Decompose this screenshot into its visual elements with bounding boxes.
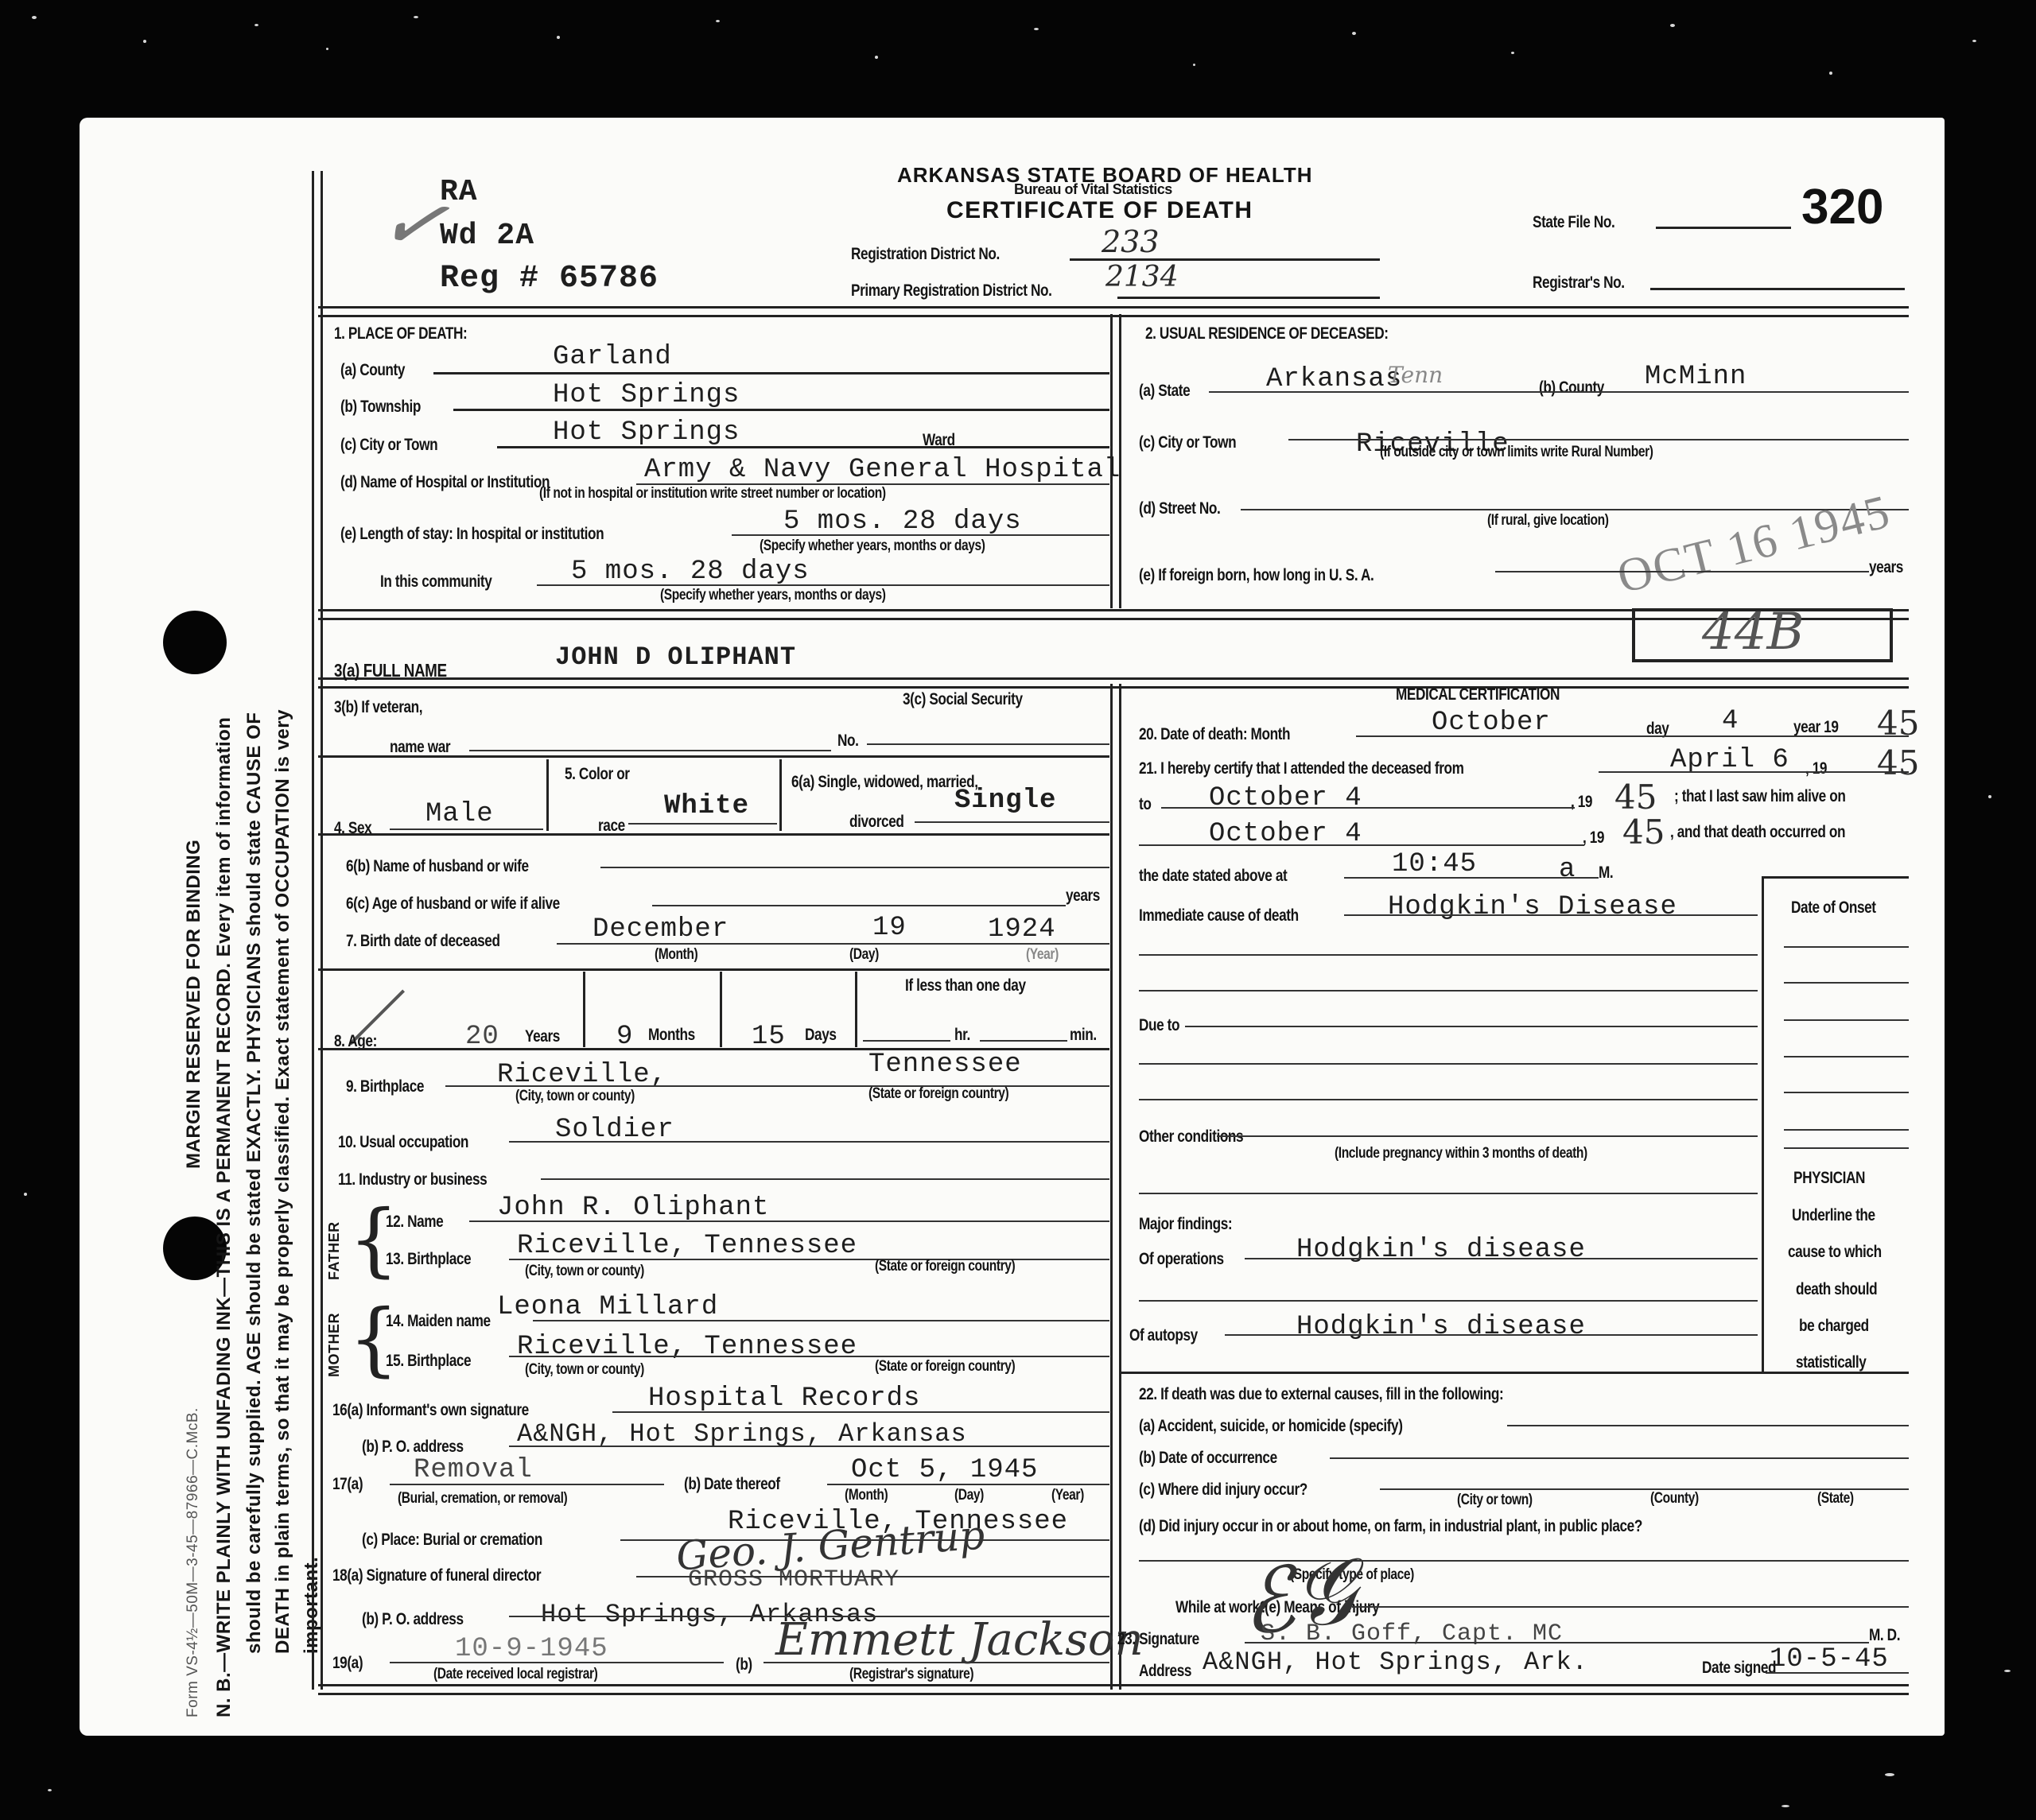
disposition-label: 17(a) xyxy=(332,1475,363,1494)
stay-community-hint: (Specify whether years, months or days) xyxy=(660,587,886,604)
city-value[interactable]: Hot Springs xyxy=(553,417,740,448)
physician-note-3: cause to which xyxy=(1788,1243,1882,1262)
onset-line-7 xyxy=(1784,1147,1909,1149)
township-underline xyxy=(453,409,1109,411)
birth-month-hint: (Month) xyxy=(655,946,697,964)
ss-label: 3(c) Social Security xyxy=(903,690,1023,709)
informant-address-underline xyxy=(509,1446,1109,1447)
mother-name-underline xyxy=(533,1320,1109,1321)
stay-hospital-hint: (Specify whether years, months or days) xyxy=(760,537,985,555)
informant-signature-value[interactable]: Hospital Records xyxy=(648,1383,920,1414)
operations-underline xyxy=(1245,1258,1758,1259)
mother-city-hint: (City, town or county) xyxy=(525,1361,644,1379)
res-county-value[interactable]: McMinn xyxy=(1645,362,1747,392)
last-seen-year-prefix: , 19 xyxy=(1583,829,1604,848)
reg-district-label: Registration District No. xyxy=(851,245,1000,264)
race-label-1: 5. Color or xyxy=(565,765,630,784)
mother-birthplace-underline xyxy=(509,1356,1109,1357)
father-city-hint: (City, town or county) xyxy=(525,1263,644,1280)
state-file-underline xyxy=(1656,227,1791,229)
spouse-age-underline xyxy=(652,905,1066,906)
veteran-bottom-rule xyxy=(318,755,1109,758)
birthplace-state-hint: (State or foreign country) xyxy=(868,1085,1008,1103)
father-birthplace-label: 13. Birthplace xyxy=(386,1250,471,1269)
birth-year-hint: (Year) xyxy=(1026,946,1059,964)
father-name-value[interactable]: John R. Oliphant xyxy=(497,1193,769,1223)
physician-note-5: be charged xyxy=(1799,1317,1869,1336)
time-value[interactable]: 10:45 xyxy=(1392,849,1477,879)
attended-label: 21. I hereby certify that I attended the… xyxy=(1139,759,1464,778)
res-state-label: (a) State xyxy=(1139,382,1190,401)
res-street-hint: (If rural, give location) xyxy=(1487,512,1609,530)
onset-line-4 xyxy=(1784,1056,1909,1057)
certifier-signature-underline xyxy=(1245,1642,1869,1643)
attended-to-value[interactable]: October 4 xyxy=(1209,783,1362,813)
funeral-director-value[interactable]: GROSS MORTUARY xyxy=(688,1566,899,1593)
mother-tag: MOTHER xyxy=(326,1313,343,1377)
mother-brace: { xyxy=(348,1292,399,1385)
birthplace-label: 9. Birthplace xyxy=(346,1077,424,1096)
hospital-hint: (If not in hospital or institution write… xyxy=(539,485,886,503)
disposition-type-hint: (Burial, cremation, or removal) xyxy=(398,1490,567,1508)
margin-instruction-line-2: should be carefully supplied. AGE should… xyxy=(243,712,266,1654)
margin-instruction-line-3: DEATH in plain terms, so that it may be … xyxy=(272,709,294,1654)
bureau-name: Bureau of Vital Statistics xyxy=(1014,181,1172,198)
township-label: (b) Township xyxy=(340,398,421,417)
sex-race-divider xyxy=(546,759,549,831)
birthplace-city-hint: (City, town or county) xyxy=(515,1088,635,1105)
place-of-death-heading: 1. PLACE OF DEATH: xyxy=(334,324,467,343)
autopsy-value[interactable]: Hodgkin's disease xyxy=(1296,1312,1586,1342)
state-file-value[interactable]: 320 xyxy=(1801,179,1883,235)
stay-community-label: In this community xyxy=(380,572,492,592)
full-name-value[interactable]: JOHN D OLIPHANT xyxy=(555,642,796,672)
attended-from-underline xyxy=(1599,771,1909,773)
director-address-label: (b) P. O. address xyxy=(362,1610,464,1629)
death-month-value[interactable]: October xyxy=(1432,708,1551,738)
disposition-day-hint: (Day) xyxy=(954,1487,984,1504)
due-to-line-2 xyxy=(1139,1063,1758,1065)
marital-underline xyxy=(915,821,1109,823)
time-label: the date stated above at xyxy=(1139,867,1287,886)
physician-note-4: death should xyxy=(1796,1280,1877,1299)
res-city-label: (c) City or Town xyxy=(1139,433,1236,452)
res-county-label: (b) County xyxy=(1539,378,1604,398)
county-underline xyxy=(433,372,1109,374)
stay-community-value[interactable]: 5 mos. 28 days xyxy=(571,557,810,587)
external-c-label: (c) Where did injury occur? xyxy=(1139,1480,1307,1500)
time-underline xyxy=(1344,877,1599,879)
attended-from-year-prefix: , 19 xyxy=(1805,759,1827,778)
min-label: min. xyxy=(1070,1026,1097,1045)
father-brace: { xyxy=(348,1193,399,1286)
due-to-underline xyxy=(1185,1026,1758,1027)
registrar-label: (b) xyxy=(736,1655,752,1674)
res-state-underline xyxy=(1209,391,1909,393)
received-underline xyxy=(390,1662,724,1663)
father-birthplace-value[interactable]: Riceville, Tennessee xyxy=(517,1231,857,1261)
other-conditions-line-2 xyxy=(1139,1193,1758,1194)
marital-label-2: divorced xyxy=(849,813,903,832)
stay-community-underline xyxy=(537,584,1109,586)
industry-underline xyxy=(541,1178,1109,1180)
stay-hospital-value[interactable]: 5 mos. 28 days xyxy=(783,506,1022,537)
death-date-label: 20. Date of death: Month xyxy=(1139,725,1290,744)
physician-note-6: statistically xyxy=(1796,1353,1866,1372)
disposition-date-label: (b) Date thereof xyxy=(684,1475,780,1494)
operations-value[interactable]: Hodgkin's disease xyxy=(1296,1235,1586,1265)
age-months-label: Months xyxy=(648,1026,695,1045)
birth-day-hint: (Day) xyxy=(849,946,879,964)
veteran-label: 3(b) If veteran, xyxy=(334,698,422,717)
county-label: (a) County xyxy=(340,361,405,380)
certifier-address-label: Address xyxy=(1139,1662,1191,1681)
m-label: M. xyxy=(1599,863,1613,883)
city-underline xyxy=(497,446,1109,448)
father-state-hint: (State or foreign country) xyxy=(875,1258,1015,1275)
spouse-age-label: 6(c) Age of husband or wife if alive xyxy=(346,894,560,914)
onset-line-2 xyxy=(1784,982,1909,984)
disposition-year-hint: (Year) xyxy=(1051,1487,1084,1504)
date-signed-value[interactable]: 10-5-45 xyxy=(1770,1644,1889,1674)
external-c-city: (City or town) xyxy=(1457,1492,1533,1509)
war-underline xyxy=(469,750,831,751)
state-file-label: State File No. xyxy=(1533,213,1614,232)
major-findings-label: Major findings: xyxy=(1139,1215,1232,1234)
hr-underline xyxy=(863,1040,950,1042)
ampm-value[interactable]: a xyxy=(1559,855,1576,885)
external-c-state: (State) xyxy=(1817,1490,1854,1508)
birth-day-value[interactable]: 19 xyxy=(872,913,907,943)
registrar-hint: (Registrar's signature) xyxy=(849,1666,973,1683)
other-conditions-hint: (Include pregnancy within 3 months of de… xyxy=(1335,1145,1587,1162)
autopsy-label: Of autopsy xyxy=(1129,1326,1198,1345)
birth-year-value[interactable]: 1924 xyxy=(988,914,1056,945)
funeral-director-underline xyxy=(636,1576,1109,1577)
county-value[interactable]: Garland xyxy=(553,342,672,372)
res-state-correction[interactable]: Tenn xyxy=(1388,362,1443,388)
primary-district-underline xyxy=(1117,297,1380,299)
registrar-signature[interactable]: Emmett Jackson xyxy=(775,1614,1144,1666)
annotation-reg-number: Reg # 65786 xyxy=(440,261,659,297)
means-underline xyxy=(1352,1606,1909,1608)
father-birthplace-underline xyxy=(509,1259,1109,1260)
physician-note-2: Underline the xyxy=(1792,1206,1875,1225)
informant-signature-label: 16(a) Informant's own signature xyxy=(332,1401,529,1420)
mother-state-hint: (State or foreign country) xyxy=(875,1358,1015,1376)
physician-note-1: PHYSICIAN xyxy=(1793,1169,1865,1188)
ss-no-underline xyxy=(867,743,1109,745)
cause-line-2 xyxy=(1139,954,1758,956)
due-to-line-3 xyxy=(1139,1099,1758,1100)
certifier-signature-label: 23. Signature xyxy=(1117,1630,1199,1649)
attended-to-year-value[interactable]: 45 xyxy=(1614,778,1657,817)
birth-underline xyxy=(557,943,1109,945)
death-year-label: year 19 xyxy=(1793,718,1839,737)
primary-district-value[interactable]: 2134 xyxy=(1105,261,1179,293)
mother-birthplace-value[interactable]: Riceville, Tennessee xyxy=(517,1332,857,1362)
received-hint: (Date received local registrar) xyxy=(433,1666,597,1683)
disposition-month-hint: (Month) xyxy=(845,1487,888,1504)
mother-birthplace-label: 15. Birthplace xyxy=(386,1352,471,1371)
race-underline xyxy=(628,823,777,825)
sex-row-bottom-rule xyxy=(318,833,1109,836)
annotation-ward: Wd 2A xyxy=(440,219,534,253)
operations-label: Of operations xyxy=(1139,1250,1224,1269)
father-tag: FATHER xyxy=(326,1221,343,1280)
disposition-date-underline xyxy=(827,1484,1109,1485)
birth-row-bottom-rule xyxy=(318,968,1109,971)
residence-heading: 2. USUAL RESIDENCE OF DECEASED: xyxy=(1145,324,1389,343)
column-divider-bottom xyxy=(1110,684,1121,1690)
race-value[interactable]: White xyxy=(664,791,749,821)
reg-district-value[interactable]: 233 xyxy=(1102,224,1160,259)
certifier-address-value[interactable]: A&NGH, Hot Springs, Ark. xyxy=(1203,1647,1588,1677)
occupation-underline xyxy=(509,1141,1109,1143)
disposition-date-value[interactable]: Oct 5, 1945 xyxy=(851,1455,1038,1485)
medical-bottom-rule xyxy=(1121,1372,1909,1374)
res-state-value[interactable]: Arkansas xyxy=(1266,364,1402,394)
received-label: 19(a) xyxy=(332,1654,363,1673)
form-id: Form VS-4½—50M—3-45—87966—C.McB. xyxy=(185,1407,202,1717)
other-conditions-label: Other conditions xyxy=(1139,1127,1243,1147)
res-street-label: (d) Street No. xyxy=(1139,499,1220,518)
cause-underline xyxy=(1344,914,1758,916)
other-conditions-underline xyxy=(1217,1135,1758,1137)
res-city-underline xyxy=(1288,439,1909,440)
death-day-value[interactable]: 4 xyxy=(1722,706,1739,736)
stay-hospital-label: (e) Length of stay: In hospital or insti… xyxy=(340,525,604,544)
occupation-label: 10. Usual occupation xyxy=(338,1133,468,1152)
external-d-label: (d) Did injury occur in or about home, o… xyxy=(1139,1517,1642,1536)
cause-line-3 xyxy=(1139,990,1758,991)
mother-name-label: 14. Maiden name xyxy=(386,1312,491,1331)
hr-label: hr. xyxy=(954,1026,970,1045)
stay-hospital-underline xyxy=(732,534,1109,536)
onset-line-1 xyxy=(1784,946,1909,948)
md-label: M. D. xyxy=(1869,1626,1900,1645)
birth-month-value[interactable]: December xyxy=(593,914,729,945)
res-foreign-underline xyxy=(1495,571,1869,572)
last-seen-year-value[interactable]: 45 xyxy=(1622,813,1665,852)
form-bottom-rule xyxy=(318,1684,1909,1695)
spouse-age-unit: years xyxy=(1066,887,1100,906)
external-a-underline xyxy=(1507,1425,1909,1426)
min-underline xyxy=(980,1040,1067,1042)
sex-underline xyxy=(390,829,543,830)
registrars-no-underline xyxy=(1650,288,1905,290)
informant-underline xyxy=(612,1411,1109,1413)
war-label: name war xyxy=(390,738,450,757)
mother-name-value[interactable]: Leona Millard xyxy=(497,1292,718,1322)
external-c-county: (County) xyxy=(1650,1490,1699,1508)
informant-address-label: (b) P. O. address xyxy=(362,1438,464,1457)
operations-line-2 xyxy=(1139,1300,1758,1302)
margin-reserved-label: MARGIN RESERVED FOR BINDING xyxy=(183,840,205,1169)
due-to-label: Due to xyxy=(1139,1016,1179,1035)
external-heading: 22. If death was due to external causes,… xyxy=(1139,1385,1503,1404)
death-date-underline xyxy=(1356,735,1909,737)
last-seen-underline xyxy=(1139,844,1584,846)
onset-top-rule xyxy=(1764,876,1909,879)
primary-district-label: Primary Registration District No. xyxy=(851,281,1051,301)
marital-label-1: 6(a) Single, widowed, married, xyxy=(791,773,978,792)
birthplace-underline xyxy=(445,1085,1109,1087)
occurred-label: , and that death occurred on xyxy=(1670,823,1845,842)
birth-date-label: 7. Birth date of deceased xyxy=(346,932,500,951)
hospital-label: (d) Name of Hospital or Institution xyxy=(340,473,550,492)
hospital-value[interactable]: Army & Navy General Hospital xyxy=(644,455,1121,485)
funeral-director-label: 18(a) Signature of funeral director xyxy=(332,1566,541,1585)
age-months-divider xyxy=(720,972,722,1047)
onset-column-divider xyxy=(1762,876,1764,1373)
industry-label: 11. Industry or business xyxy=(338,1170,487,1189)
marital-value[interactable]: Single xyxy=(954,786,1056,816)
attended-from-year-value[interactable]: 45 xyxy=(1877,743,1919,782)
registrars-no-label: Registrar's No. xyxy=(1533,274,1625,293)
age-years-divider xyxy=(583,972,585,1047)
father-name-underline xyxy=(469,1220,1109,1222)
res-city-hint: (If outside city or town limits write Ru… xyxy=(1380,444,1653,461)
binding-hole-top xyxy=(163,611,227,674)
res-foreign-label: (e) If foreign born, how long in U. S. A… xyxy=(1139,566,1374,585)
attended-to-underline xyxy=(1161,807,1575,809)
disposition-type-value[interactable]: Removal xyxy=(414,1455,533,1485)
form-left-border xyxy=(312,171,323,1690)
received-value[interactable]: 10-9-1945 xyxy=(455,1634,608,1664)
external-b-underline xyxy=(1330,1457,1909,1459)
autopsy-underline xyxy=(1225,1334,1758,1336)
attended-to-label: to xyxy=(1139,795,1151,814)
age-days-label: Days xyxy=(805,1026,837,1045)
disposition-type-underline xyxy=(390,1484,664,1485)
sex-value[interactable]: Male xyxy=(425,799,494,829)
city-label: (c) City or Town xyxy=(340,436,437,455)
medical-heading: MEDICAL CERTIFICATION xyxy=(1396,685,1560,704)
township-value[interactable]: Hot Springs xyxy=(553,380,740,410)
annotation-ra: RA xyxy=(440,175,478,209)
spouse-underline xyxy=(600,867,1109,868)
last-seen-label: ; that I last saw him alive on xyxy=(1674,787,1845,806)
age-years-label: Years xyxy=(525,1027,560,1046)
cause-label: Immediate cause of death xyxy=(1139,906,1299,926)
date-signed-underline xyxy=(1766,1672,1909,1674)
external-a-label: (a) Accident, suicide, or homicide (spec… xyxy=(1139,1417,1403,1436)
attended-to-year-prefix: , 19 xyxy=(1571,793,1592,812)
full-name-label: 3(a) FULL NAME xyxy=(334,660,447,681)
classification-code[interactable]: 44B xyxy=(1702,603,1804,662)
onset-line-5 xyxy=(1784,1092,1909,1093)
cause-value[interactable]: Hodgkin's Disease xyxy=(1388,892,1677,922)
spouse-label: 6(b) Name of husband or wife xyxy=(346,857,529,876)
race-marital-divider xyxy=(779,759,782,831)
certificate-title: CERTIFICATE OF DEATH xyxy=(946,197,1253,224)
burial-place-label: (c) Place: Burial or cremation xyxy=(362,1531,542,1550)
external-b-label: (b) Date of occurrence xyxy=(1139,1449,1277,1468)
less-than-day-label: If less than one day xyxy=(905,976,1026,995)
res-foreign-unit: years xyxy=(1869,558,1903,577)
informant-address-value[interactable]: A&NGH, Hot Springs, Arkansas xyxy=(517,1419,967,1449)
father-name-label: 12. Name xyxy=(386,1213,443,1232)
age-days-divider xyxy=(855,972,857,1047)
registrar-underline xyxy=(763,1662,1109,1663)
date-signed-label: Date signed xyxy=(1702,1659,1776,1678)
ss-no-label: No. xyxy=(837,731,859,751)
birthplace-state-value[interactable]: Tennessee xyxy=(868,1050,1022,1080)
margin-instruction-line-1: N. B.—WRITE PLAINLY WITH UNFADING INK—TH… xyxy=(213,717,235,1717)
onset-heading: Date of Onset xyxy=(1791,898,1876,918)
onset-line-6 xyxy=(1784,1129,1909,1131)
onset-line-3 xyxy=(1784,1019,1909,1021)
